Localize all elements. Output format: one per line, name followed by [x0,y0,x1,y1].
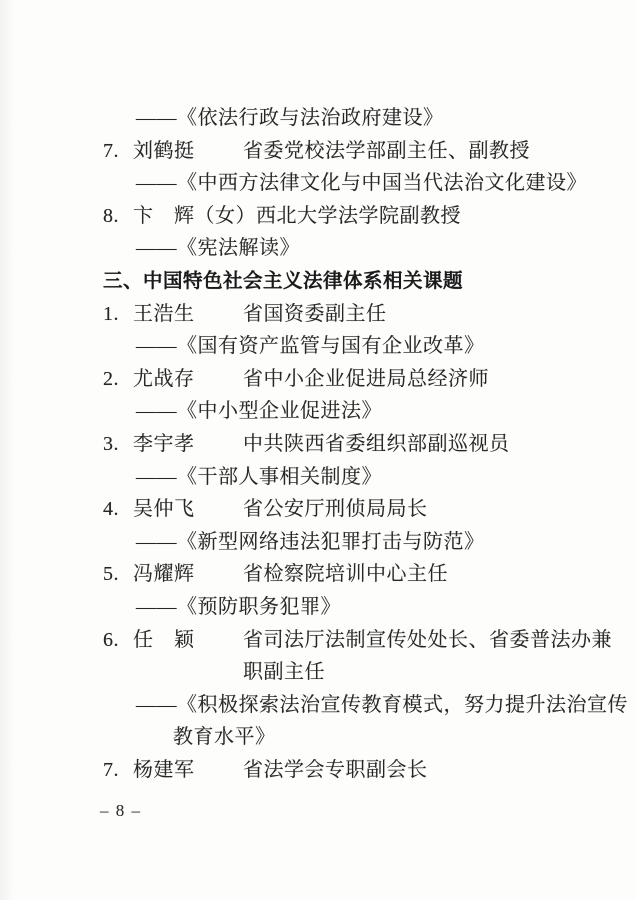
person-title: 省司法厅法制宣传处处长、省委普法办兼 [243,624,612,657]
list-item: 4. 吴仲飞 省公安厅刑侦局局长 [103,493,611,526]
person-name: 任 颖 [133,624,243,657]
person-title: 省公安厅刑侦局局长 [243,493,611,526]
item-number: 5. [103,558,133,591]
list-item: 3. 李宇孝 中共陕西省委组织部副巡视员 [103,428,611,461]
lecture-topic: ——《新型网络违法犯罪打击与防范》 [103,526,611,559]
document-body: ——《依法行政与法治政府建设》 7. 刘鹤挺 省委党校法学部副主任、副教授 ——… [103,102,611,786]
person-name: 杨建军 [133,754,243,787]
person-name-title-inline: 卞 辉（女）西北大学法学院副教授 [133,200,611,233]
item-number: 7. [103,754,133,787]
person-title: 省委党校法学部副主任、副教授 [243,135,611,168]
item-number: 7. [103,135,133,168]
lecture-topic: ——《积极探索法治宣传教育模式，努力提升法治宣传 [103,689,611,722]
person-name: 李宇孝 [133,428,243,461]
list-item: 6. 任 颖 省司法厅法制宣传处处长、省委普法办兼 [103,624,611,657]
lecture-topic: ——《预防职务犯罪》 [103,591,611,624]
lecture-topic-continuation: 教育水平》 [103,721,611,754]
list-item: 5. 冯耀辉 省检察院培训中心主任 [103,558,611,591]
person-title: 中共陕西省委组织部副巡视员 [243,428,611,461]
person-name: 刘鹤挺 [133,135,243,168]
lecture-topic: ——《国有资产监管与国有企业改革》 [103,330,611,363]
list-item: 1. 王浩生 省国资委副主任 [103,298,611,331]
list-item: 7. 刘鹤挺 省委党校法学部副主任、副教授 [103,135,611,168]
lecture-topic: ——《干部人事相关制度》 [103,461,611,494]
lecture-topic: ——《中西方法律文化与中国当代法治文化建设》 [103,167,611,200]
person-name: 王浩生 [133,298,243,331]
lecture-topic: ——《依法行政与法治政府建设》 [103,102,611,135]
scan-edge-artifact [0,0,14,900]
person-title: 省法学会专职副会长 [243,754,611,787]
list-item: 8. 卞 辉（女）西北大学法学院副教授 [103,200,611,233]
item-number: 6. [103,624,133,657]
document-page: ——《依法行政与法治政府建设》 7. 刘鹤挺 省委党校法学部副主任、副教授 ——… [0,0,636,900]
lecture-topic: ——《中小型企业促进法》 [103,395,611,428]
person-title-continuation: 职副主任 [103,656,611,689]
list-item: 7. 杨建军 省法学会专职副会长 [103,754,611,787]
item-number: 1. [103,298,133,331]
person-title: 省检察院培训中心主任 [243,558,611,591]
person-title: 省国资委副主任 [243,298,611,331]
item-number: 2. [103,363,133,396]
section-heading: 三、中国特色社会主义法律体系相关课题 [103,265,611,298]
item-number: 8. [103,200,133,233]
list-item: 2. 尤战存 省中小企业促进局总经济师 [103,363,611,396]
person-name: 尤战存 [133,363,243,396]
person-name: 冯耀辉 [133,558,243,591]
lecture-topic: ——《宪法解读》 [103,232,611,265]
page-number: – 8 – [100,801,142,821]
item-number: 3. [103,428,133,461]
item-number: 4. [103,493,133,526]
person-title: 省中小企业促进局总经济师 [243,363,611,396]
person-name: 吴仲飞 [133,493,243,526]
